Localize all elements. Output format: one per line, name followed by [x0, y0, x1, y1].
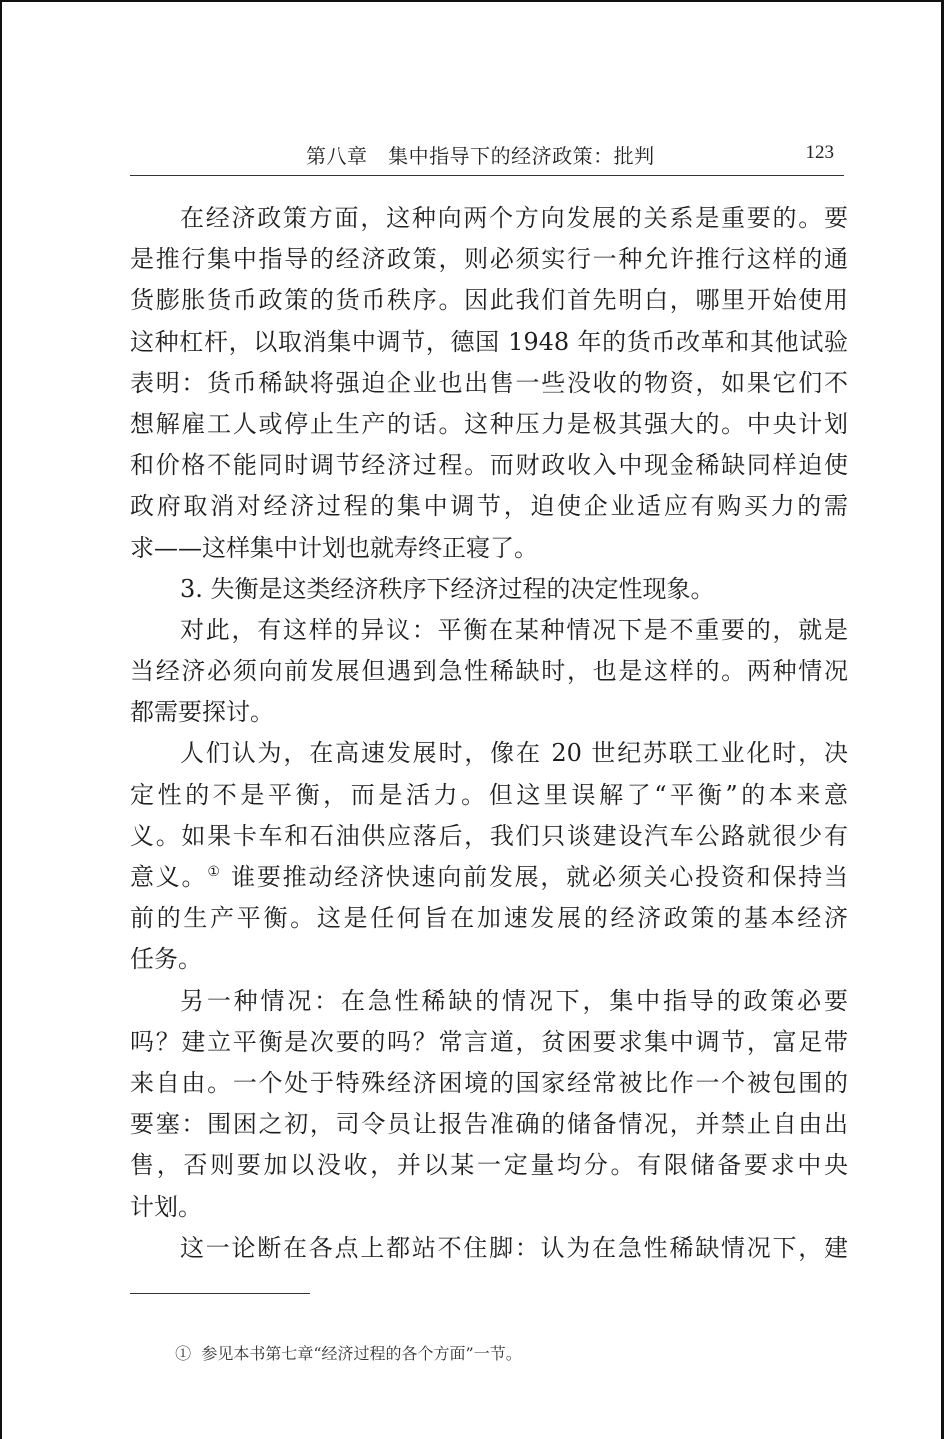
- line-text: 表明：货币稀缺将强迫企业也出售一些没收的物资，如果它们不: [130, 369, 848, 397]
- line-text: 这种杠杆，以取消集中调节，德国 1948 年的货币改革和其他试验: [130, 328, 848, 356]
- footnote-text: 参见本书第七章“经济过程的各个方面”一节。: [201, 1344, 521, 1363]
- line-text: 想解雇工人或停止生产的话。这种压力是极其强大的。中央计划: [130, 410, 848, 438]
- footnote-marker: ①: [175, 1344, 191, 1363]
- running-header: 第八章 集中指导下的经济政策：批判 123: [130, 140, 844, 170]
- footnote-rule: [130, 1293, 310, 1294]
- text-line: 来自由。一个处于特殊经济困境的国家经常被比作一个被包围的: [130, 1063, 848, 1104]
- line-text: 义。如果卡车和石油供应落后，我们只谈建设汽车公路就很少有: [130, 822, 848, 850]
- line-text: 这一论断在各点上都站不住脚：认为在急性稀缺情况下，建: [180, 1234, 848, 1262]
- line-text: 对此，有这样的异议：平衡在某种情况下是不重要的，就是: [180, 616, 848, 644]
- page-number: 123: [806, 142, 835, 164]
- text-line: 另一种情况：在急性稀缺的情况下，集中指导的政策必要: [130, 981, 848, 1022]
- text-line: 对此，有这样的异议：平衡在某种情况下是不重要的，就是: [130, 610, 848, 651]
- line-text: 任务。: [130, 945, 202, 973]
- text-line: 这一论断在各点上都站不住脚：认为在急性稀缺情况下，建: [130, 1228, 848, 1269]
- line-text: 货膨胀货币政策的货币秩序。因此我们首先明白，哪里开始使用: [130, 286, 848, 314]
- line-text: 都需要探讨。: [130, 698, 274, 726]
- text-line: 任务。: [130, 939, 848, 980]
- line-text: 前的生产平衡。这是任何旨在加速发展的经济政策的基本经济: [130, 904, 848, 932]
- text-line: 这种杠杆，以取消集中调节，德国 1948 年的货币改革和其他试验: [130, 322, 848, 363]
- text-line: 要塞：围困之初，司令员让报告准确的储备情况，并禁止自由出: [130, 1104, 848, 1145]
- text-line: 当经济必须向前发展但遇到急性稀缺时，也是这样的。两种情况: [130, 651, 848, 692]
- text-line: 前的生产平衡。这是任何旨在加速发展的经济政策的基本经济: [130, 898, 848, 939]
- line-text: 人们认为，在高速发展时，像在 20 世纪苏联工业化时，决: [180, 739, 848, 767]
- footnote-ref[interactable]: ①: [207, 864, 221, 880]
- text-line: 表明：货币稀缺将强迫企业也出售一些没收的物资，如果它们不: [130, 363, 848, 404]
- line-text: 要塞：围困之初，司令员让报告准确的储备情况，并禁止自由出: [130, 1110, 848, 1138]
- line-text: 售，否则要加以没收，并以某一定量均分。有限储备要求中央: [130, 1151, 848, 1179]
- text-line: 在经济政策方面，这种向两个方向发展的关系是重要的。要: [130, 198, 848, 239]
- line-text: 是推行集中指导的经济政策，则必须实行一种允许推行这样的通: [130, 245, 848, 273]
- text-line: 定性的不是平衡，而是活力。但这里误解了“平衡”的本来意: [130, 775, 848, 816]
- line-text: 吗？建立平衡是次要的吗？常言道，贫困要求集中调节，富足带: [130, 1028, 848, 1056]
- line-text: 意义。: [130, 863, 207, 891]
- line-text: 求——这样集中计划也就寿终正寝了。: [130, 534, 538, 562]
- line-text: 定性的不是平衡，而是活力。但这里误解了“平衡”的本来意: [130, 781, 848, 809]
- line-text: 政府取消对经济过程的集中调节，迫使企业适应有购买力的需: [130, 492, 848, 520]
- text-line: 义。如果卡车和石油供应落后，我们只谈建设汽车公路就很少有: [130, 816, 848, 857]
- text-line: 意义。① 谁要推动经济快速向前发展，就必须关心投资和保持当: [130, 857, 848, 898]
- chapter-title: 第八章 集中指导下的经济政策：批判: [306, 140, 655, 169]
- text-line: 计划。: [130, 1187, 848, 1228]
- footnote-1: ① 参见本书第七章“经济过程的各个方面”一节。: [165, 1322, 522, 1364]
- line-text: 在经济政策方面，这种向两个方向发展的关系是重要的。要: [180, 204, 848, 232]
- line-text: 当经济必须向前发展但遇到急性稀缺时，也是这样的。两种情况: [130, 657, 848, 685]
- text-line: 政府取消对经济过程的集中调节，迫使企业适应有购买力的需: [130, 486, 848, 527]
- text-line: 人们认为，在高速发展时，像在 20 世纪苏联工业化时，决: [130, 733, 848, 774]
- header-rule: [130, 175, 844, 176]
- text-line: 都需要探讨。: [130, 692, 848, 733]
- text-line: 3. 失衡是这类经济秩序下经济过程的决定性现象。: [130, 569, 848, 610]
- line-text: 来自由。一个处于特殊经济困境的国家经常被比作一个被包围的: [130, 1069, 848, 1097]
- text-line: 和价格不能同时调节经济过程。而财政收入中现金稀缺同样迫使: [130, 445, 848, 486]
- text-line: 吗？建立平衡是次要的吗？常言道，贫困要求集中调节，富足带: [130, 1022, 848, 1063]
- line-text: 计划。: [130, 1193, 202, 1221]
- text-line: 货膨胀货币政策的货币秩序。因此我们首先明白，哪里开始使用: [130, 280, 848, 321]
- text-line: 求——这样集中计划也就寿终正寝了。: [130, 528, 848, 569]
- line-text-continued: 谁要推动经济快速向前发展，就必须关心投资和保持当: [222, 863, 848, 891]
- text-line: 想解雇工人或停止生产的话。这种压力是极其强大的。中央计划: [130, 404, 848, 445]
- line-text: 3. 失衡是这类经济秩序下经济过程的决定性现象。: [180, 575, 715, 603]
- text-line: 售，否则要加以没收，并以某一定量均分。有限储备要求中央: [130, 1145, 848, 1186]
- line-text: 和价格不能同时调节经济过程。而财政收入中现金稀缺同样迫使: [130, 451, 848, 479]
- body-text: 在经济政策方面，这种向两个方向发展的关系是重要的。要是推行集中指导的经济政策，则…: [130, 198, 848, 1269]
- line-text: 另一种情况：在急性稀缺的情况下，集中指导的政策必要: [180, 987, 848, 1015]
- text-line: 是推行集中指导的经济政策，则必须实行一种允许推行这样的通: [130, 239, 848, 280]
